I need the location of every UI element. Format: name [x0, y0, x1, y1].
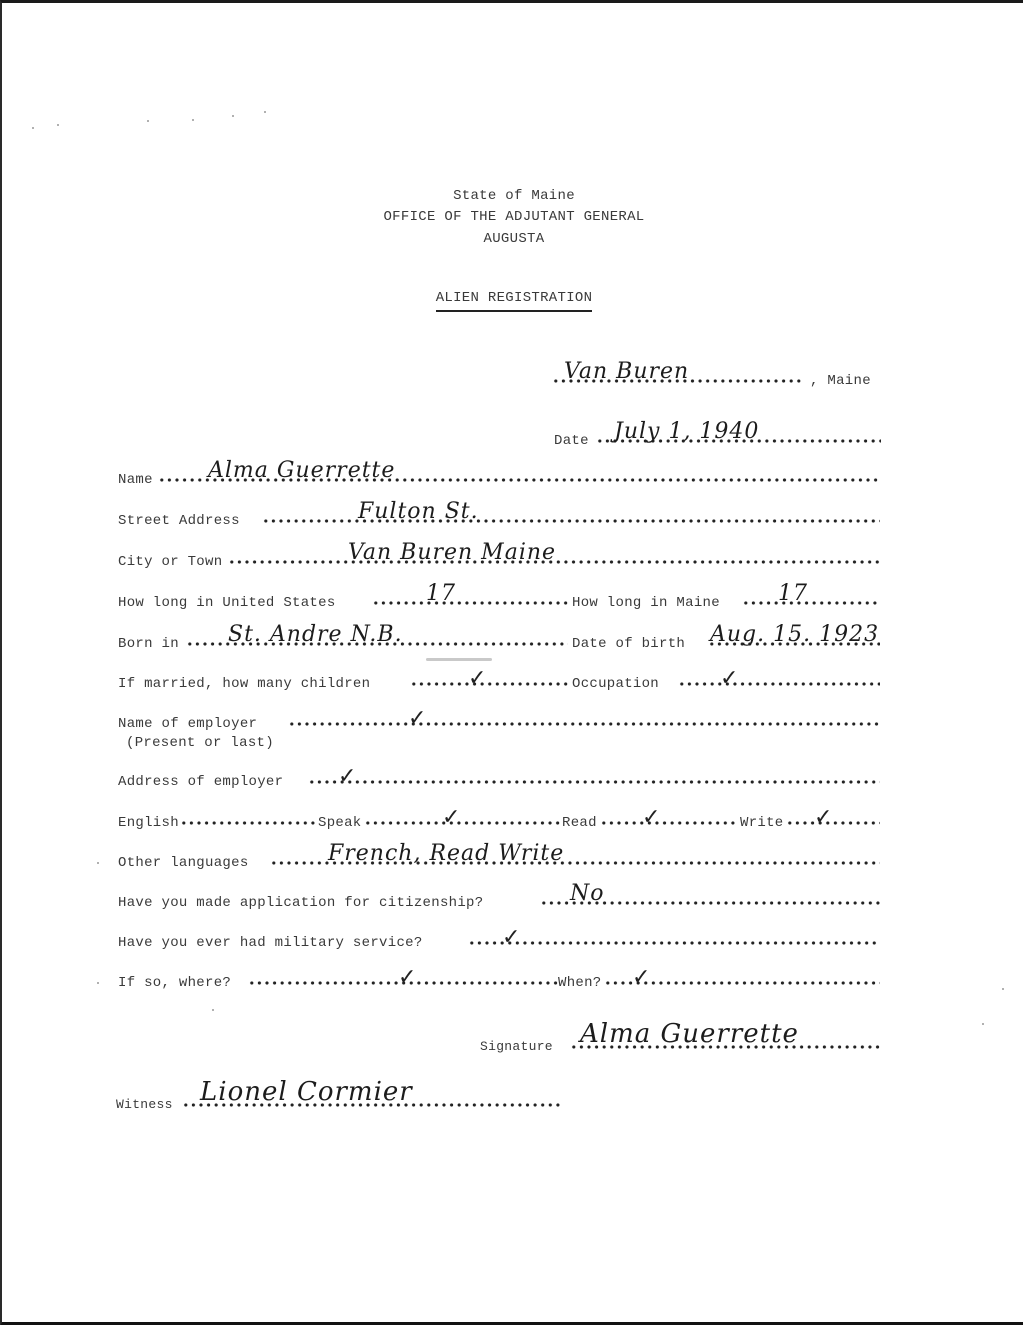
signature-value[interactable]: Alma Guerrette	[580, 1019, 799, 1049]
date-label: Date	[554, 433, 589, 449]
city-heading: AUGUSTA	[2, 231, 1024, 247]
dotted-leader	[600, 819, 736, 827]
dotted-leader	[410, 680, 568, 688]
alien-registration-form: State of Maine OFFICE OF THE ADJUTANT GE…	[0, 0, 1023, 1325]
state-suffix: , Maine	[810, 373, 871, 389]
street-label: Street Address	[118, 513, 240, 529]
read-check-mark[interactable]: ✓	[642, 805, 661, 830]
speak-check-mark[interactable]: ✓	[442, 805, 461, 830]
when-check-mark[interactable]: ✓	[632, 965, 651, 990]
employer-address-check-mark[interactable]: ✓	[338, 764, 357, 789]
state-heading: State of Maine	[2, 188, 1024, 204]
scan-speck	[232, 115, 234, 117]
dotted-leader	[468, 939, 880, 947]
occupation-label: Occupation	[572, 676, 659, 692]
office-heading: OFFICE OF THE ADJUTANT GENERAL	[2, 209, 1024, 225]
dotted-leader	[372, 599, 568, 607]
write-check-mark[interactable]: ✓	[814, 805, 833, 830]
citizenship-label: Have you made application for citizenshi…	[118, 895, 483, 911]
how-long-us-value[interactable]: 17	[426, 581, 456, 606]
city-label: City or Town	[118, 554, 222, 570]
pencil-smudge	[426, 658, 492, 661]
write-label: Write	[740, 815, 784, 831]
read-label: Read	[562, 815, 597, 831]
scan-speck	[192, 119, 194, 121]
employer-sublabel: (Present or last)	[126, 735, 274, 751]
witness-label: Witness	[116, 1097, 173, 1112]
where-check-mark[interactable]: ✓	[398, 965, 417, 990]
dotted-leader	[678, 680, 880, 688]
occupation-check-mark[interactable]: ✓	[720, 666, 739, 691]
citizenship-value[interactable]: No	[570, 881, 605, 906]
when-label: When?	[558, 975, 602, 991]
employer-name-label: Name of employer	[118, 716, 257, 732]
scan-speck	[97, 982, 99, 984]
dotted-leader	[786, 819, 880, 827]
speak-label: Speak	[318, 815, 362, 831]
where-label: If so, where?	[118, 975, 231, 991]
signature-label: Signature	[480, 1039, 553, 1054]
name-label: Name	[118, 472, 153, 488]
children-label: If married, how many children	[118, 676, 370, 692]
born-in-value[interactable]: St. Andre N.B.	[228, 622, 403, 647]
form-title-text: ALIEN REGISTRATION	[436, 290, 593, 312]
employer-name-check-mark[interactable]: ✓	[408, 706, 427, 731]
scan-speck	[57, 124, 59, 126]
city-value[interactable]: Van Buren Maine	[348, 540, 556, 565]
town-value[interactable]: Van Buren	[564, 359, 689, 384]
born-in-label: Born in	[118, 636, 179, 652]
scan-speck	[147, 120, 149, 122]
other-languages-value[interactable]: French, Read Write	[328, 841, 564, 866]
scan-speck	[97, 862, 99, 864]
english-label: English	[118, 815, 179, 831]
military-label: Have you ever had military service?	[118, 935, 423, 951]
employer-address-label: Address of employer	[118, 774, 283, 790]
street-value[interactable]: Fulton St.	[358, 499, 479, 524]
how-long-maine-label: How long in Maine	[572, 595, 720, 611]
witness-value[interactable]: Lionel Cormier	[200, 1077, 413, 1107]
scan-speck	[32, 127, 34, 129]
dotted-leader	[180, 819, 316, 827]
how-long-us-label: How long in United States	[118, 595, 336, 611]
how-long-maine-value[interactable]: 17	[778, 581, 808, 606]
dotted-leader	[262, 517, 880, 525]
scan-speck	[982, 1023, 984, 1025]
scan-speck	[264, 111, 266, 113]
name-value[interactable]: Alma Guerrette	[208, 458, 395, 483]
date-value[interactable]: July 1, 1940	[614, 419, 759, 444]
other-languages-label: Other languages	[118, 855, 249, 871]
date-of-birth-label: Date of birth	[572, 636, 685, 652]
children-check-mark[interactable]: ✓	[468, 666, 487, 691]
scan-speck	[1002, 988, 1004, 990]
dotted-leader	[364, 819, 560, 827]
military-check-mark[interactable]: ✓	[502, 925, 521, 950]
dotted-leader	[308, 778, 880, 786]
dotted-leader	[288, 720, 880, 728]
date-of-birth-value[interactable]: Aug. 15. 1923	[710, 622, 879, 647]
scan-speck	[212, 1009, 214, 1011]
form-title: ALIEN REGISTRATION	[2, 290, 1024, 306]
dotted-leader	[742, 599, 880, 607]
